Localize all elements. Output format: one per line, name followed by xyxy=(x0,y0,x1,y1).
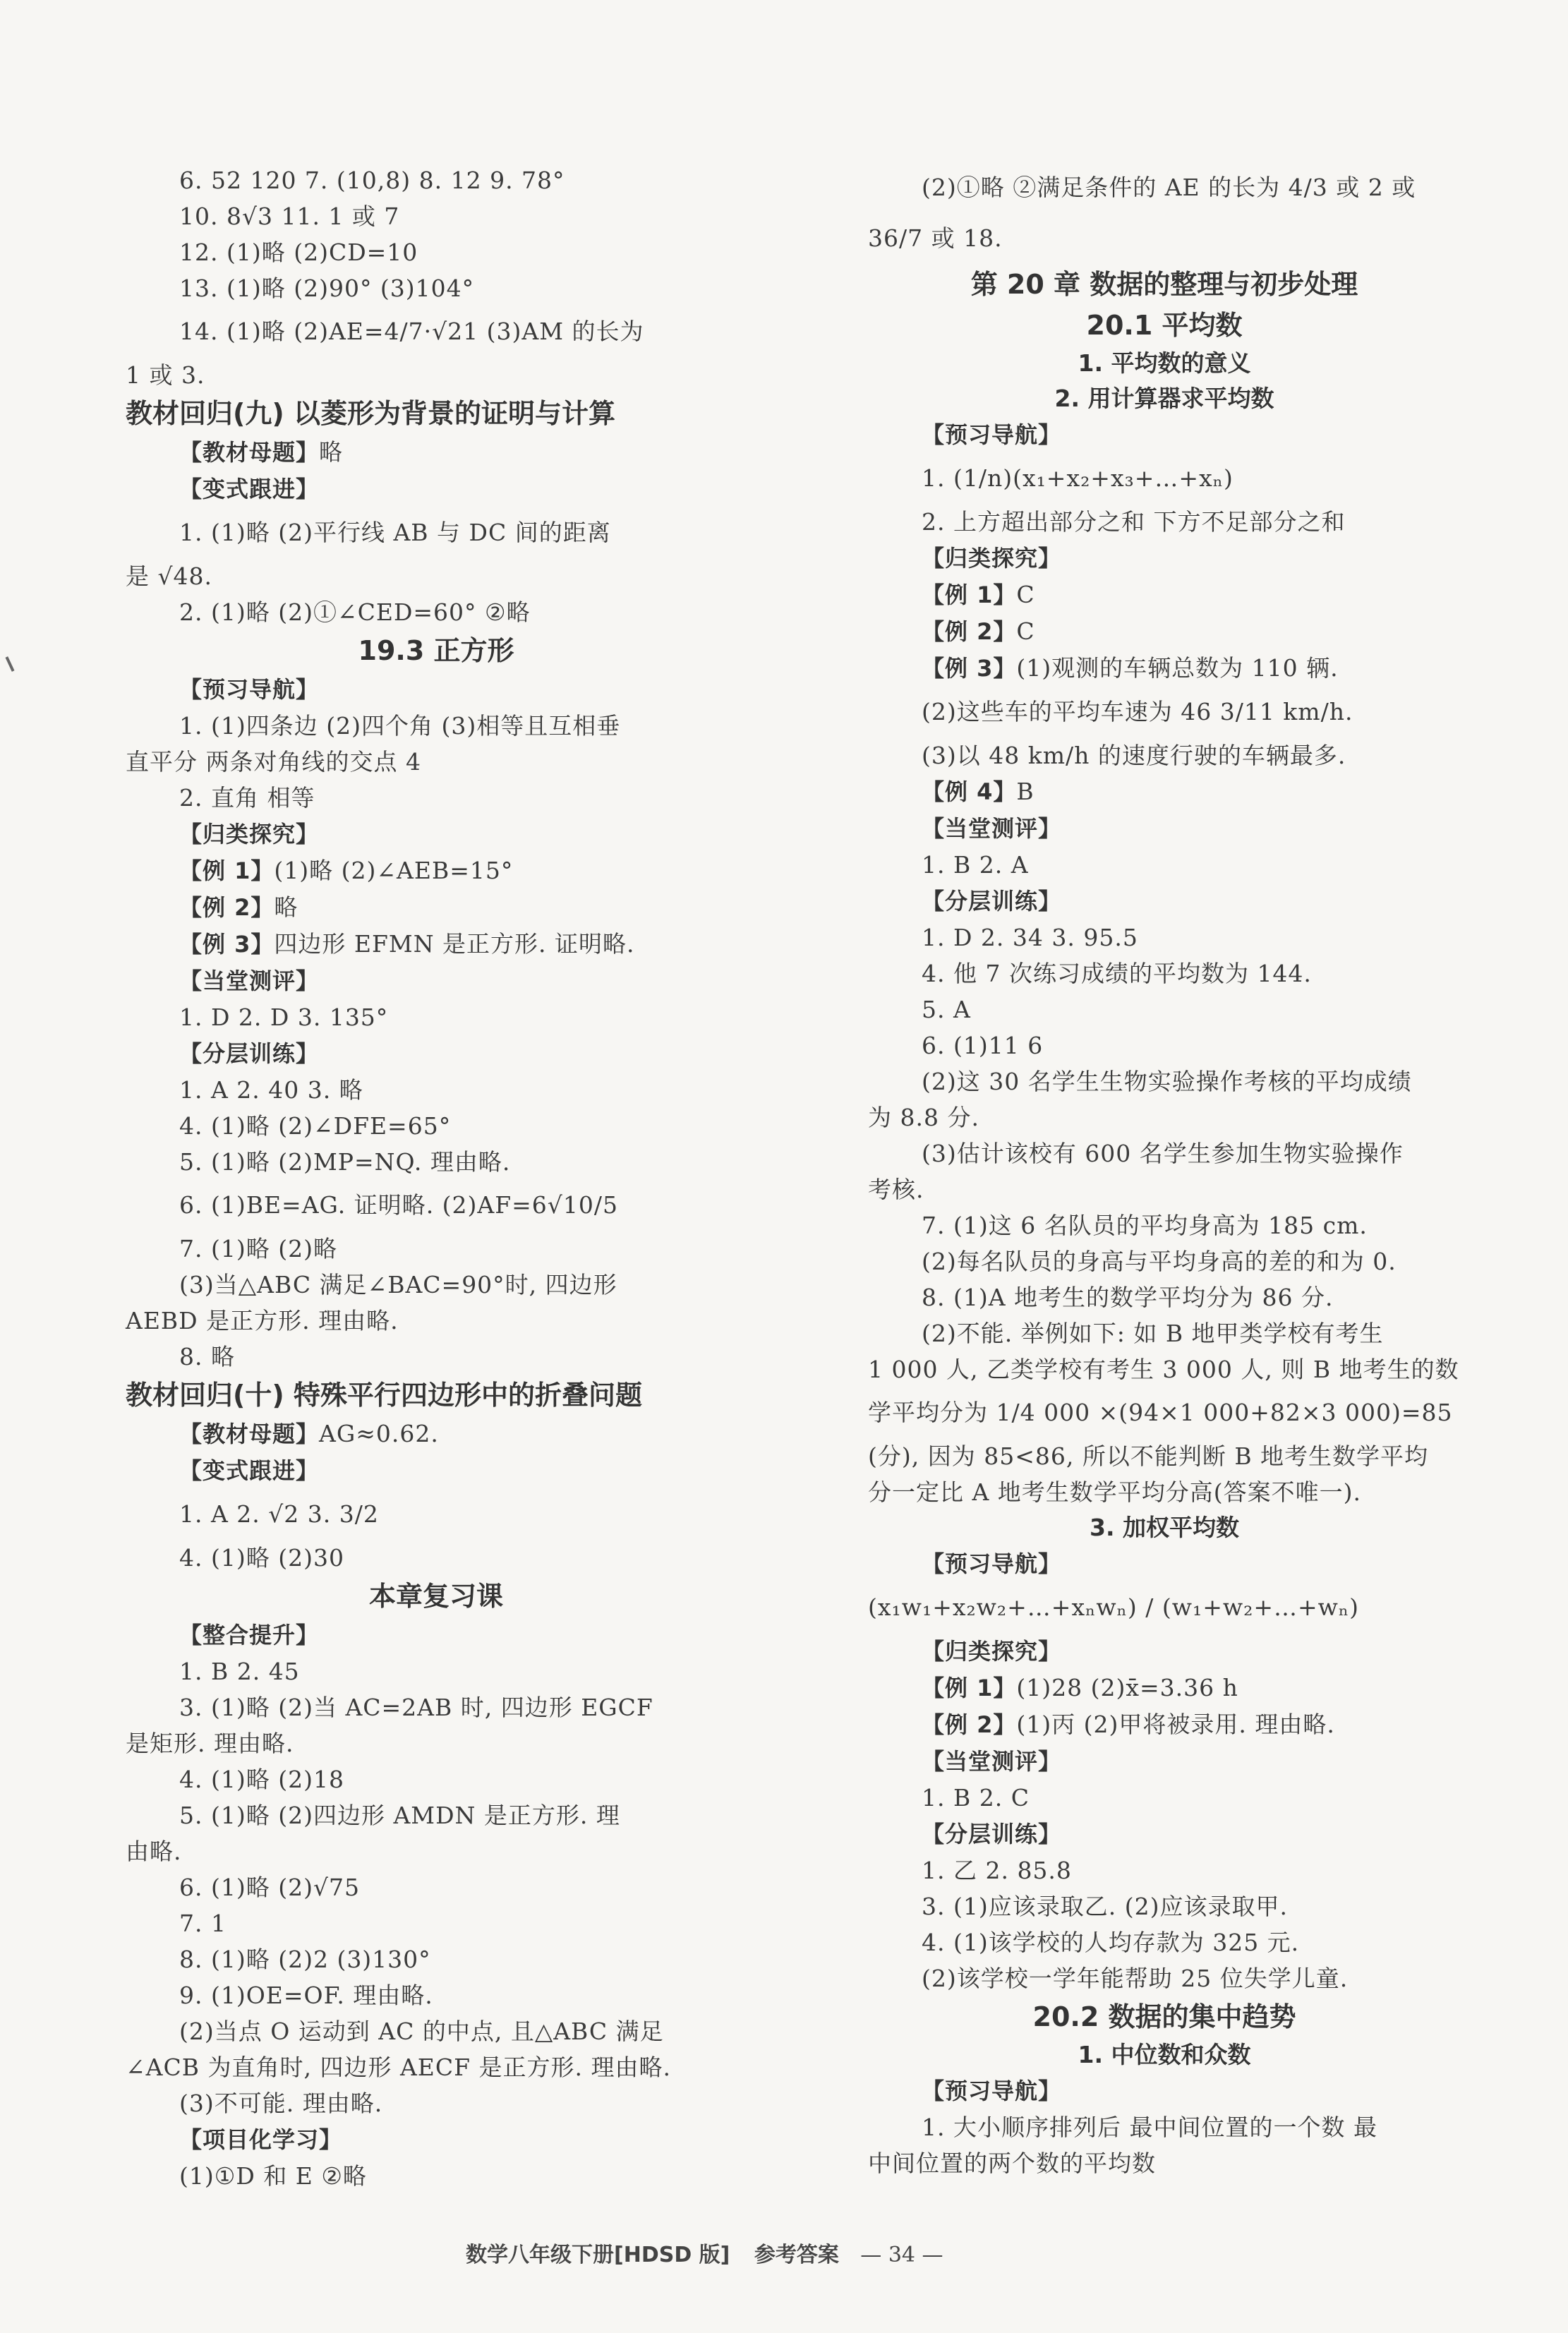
answer-text: (1)观测的车辆总数为 110 辆. xyxy=(1016,654,1338,682)
answer-line: ∠ACB 为直角时, 四边形 AECF 是正方形. 理由略. xyxy=(126,2049,747,2085)
section-label: 【例 2】 xyxy=(922,618,1016,645)
answer-text: C xyxy=(1016,617,1035,645)
section-label: 【整合提升】 xyxy=(179,1622,319,1648)
labeled-answer: 【分层训练】 xyxy=(868,1816,1461,1852)
section-label: 【例 1】 xyxy=(922,581,1016,608)
answer-line: (3)以 48 km/h 的速度行驶的车辆最多. xyxy=(868,737,1461,773)
answer-line: 12. (1)略 (2)CD=10 xyxy=(126,234,747,270)
left-column: 6. 52 120 7. (10,8) 8. 12 9. 78°10. 8√3 … xyxy=(126,162,747,2194)
answer-line: 1. B 2. 45 xyxy=(126,1653,747,1689)
chapter-title: 第 20 章 数据的整理与初步处理 xyxy=(868,264,1461,305)
subsection-title: 1. 平均数的意义 xyxy=(868,346,1461,381)
answer-line: (分), 因为 85<86, 所以不能判断 B 地考生数学平均 xyxy=(868,1438,1461,1474)
answer-line: 14. (1)略 (2)AE=4/7·√21 (3)AM 的长为 xyxy=(126,306,747,357)
review-heading: 教材回归(九) 以菱形为背景的证明与计算 xyxy=(126,393,747,434)
labeled-answer: 【分层训练】 xyxy=(126,1035,747,1072)
labeled-answer: 【归类探究】 xyxy=(868,1633,1461,1670)
labeled-answer: 【预习导航】 xyxy=(126,671,747,708)
answer-line: (2)当点 O 运动到 AC 的中点, 且△ABC 满足 xyxy=(126,2013,747,2049)
answer-line: (2)①略 ②满足条件的 AE 的长为 4/3 或 2 或 xyxy=(868,162,1461,213)
answer-line: 1. B 2. A xyxy=(868,847,1461,883)
answer-line: 6. 52 120 7. (10,8) 8. 12 9. 78° xyxy=(126,162,747,198)
answer-line: 1. (1)略 (2)平行线 AB 与 DC 间的距离 xyxy=(126,507,747,558)
labeled-answer: 【例 1】C xyxy=(868,577,1461,613)
answer-line: 8. (1)A 地考生的数学平均分为 86 分. xyxy=(868,1279,1461,1315)
answer-line: 1. B 2. C xyxy=(868,1780,1461,1816)
answer-line: 中间位置的两个数的平均数 xyxy=(868,2145,1461,2181)
answer-text: (1)略 (2)∠AEB=15° xyxy=(274,857,513,884)
answer-line: 4. 他 7 次练习成绩的平均数为 144. xyxy=(868,955,1461,991)
footer-section: 参考答案 xyxy=(754,2243,839,2267)
section-label: 【教材母题】 xyxy=(179,1421,319,1447)
review-heading: 教材回归(十) 特殊平行四边形中的折叠问题 xyxy=(126,1375,747,1416)
section-label: 【预习导航】 xyxy=(922,2078,1061,2104)
answer-line: 6. (1)BE=AG. 证明略. (2)AF=6√10/5 xyxy=(126,1180,747,1231)
answer-line: 5. A xyxy=(868,991,1461,1027)
labeled-answer: 【例 2】略 xyxy=(126,889,747,926)
answer-line: 1. A 2. √2 3. 3/2 xyxy=(126,1489,747,1540)
labeled-answer: 【例 1】(1)28 (2)x̄=3.36 h xyxy=(868,1670,1461,1706)
section-label: 【归类探究】 xyxy=(922,545,1061,572)
answer-line: 学平均分为 1/4 000 ×(94×1 000+82×3 000)=85 xyxy=(868,1387,1461,1438)
labeled-answer: 【例 1】(1)略 (2)∠AEB=15° xyxy=(126,852,747,889)
answer-text: B xyxy=(1016,778,1034,805)
answer-text: (1)28 (2)x̄=3.36 h xyxy=(1016,1674,1238,1701)
answer-line: (2)这 30 名学生生物实验操作考核的平均成绩 xyxy=(868,1063,1461,1099)
answer-line: 5. (1)略 (2)四边形 AMDN 是正方形. 理 xyxy=(126,1797,747,1833)
labeled-answer: 【预习导航】 xyxy=(868,1545,1461,1582)
labeled-answer: 【教材母题】略 xyxy=(126,434,747,471)
answer-line: 1. 乙 2. 85.8 xyxy=(868,1852,1461,1888)
answer-line: 2. 上方超出部分之和 下方不足部分之和 xyxy=(868,504,1461,540)
section-label: 【例 1】 xyxy=(922,1675,1016,1701)
labeled-answer: 【例 2】C xyxy=(868,613,1461,650)
answer-line: 10. 8√3 11. 1 或 7 xyxy=(126,198,747,234)
subsection-title: 1. 中位数和众数 xyxy=(868,2037,1461,2073)
section-label: 【例 1】 xyxy=(179,857,274,884)
answer-line: 是 √48. xyxy=(126,558,747,594)
labeled-answer: 【例 3】(1)观测的车辆总数为 110 辆. xyxy=(868,650,1461,687)
answer-line: 2. 直角 相等 xyxy=(126,780,747,816)
answer-line: (1)①D 和 E ②略 xyxy=(126,2158,747,2194)
section-label: 【例 2】 xyxy=(922,1711,1016,1738)
section-label: 【预习导航】 xyxy=(922,421,1061,448)
answer-line: 6. (1)11 6 xyxy=(868,1027,1461,1063)
answer-line: (2)不能. 举例如下: 如 B 地甲类学校有考生 xyxy=(868,1315,1461,1351)
answer-line: 36/7 或 18. xyxy=(868,213,1461,264)
labeled-answer: 【变式跟进】 xyxy=(126,1452,747,1489)
section-label: 【归类探究】 xyxy=(922,1638,1061,1665)
section-label: 【分层训练】 xyxy=(922,888,1061,915)
labeled-answer: 【预习导航】 xyxy=(868,2073,1461,2109)
labeled-answer: 【整合提升】 xyxy=(126,1617,747,1653)
answer-line: (3)不可能. 理由略. xyxy=(126,2085,747,2121)
answer-text: 略 xyxy=(319,438,343,466)
section-label: 【分层训练】 xyxy=(179,1040,319,1067)
subsection-title: 3. 加权平均数 xyxy=(868,1510,1461,1545)
answer-text: AG≈0.62. xyxy=(319,1420,439,1447)
answer-text: C xyxy=(1016,581,1035,608)
answer-line: 4. (1)该学校的人均存款为 325 元. xyxy=(868,1924,1461,1960)
section-label: 【变式跟进】 xyxy=(179,476,319,502)
section-label: 【例 2】 xyxy=(179,894,274,921)
answer-line: 1. (1/n)(x₁+x₂+x₃+…+xₙ) xyxy=(868,453,1461,504)
footer-book-title: 数学八年级下册[HDSD 版] xyxy=(466,2243,730,2267)
answer-line: 8. (1)略 (2)2 (3)130° xyxy=(126,1941,747,1977)
answer-line: 4. (1)略 (2)18 xyxy=(126,1761,747,1797)
section-label: 【变式跟进】 xyxy=(179,1457,319,1484)
answer-line: 6. (1)略 (2)√75 xyxy=(126,1869,747,1905)
answer-line: 4. (1)略 (2)∠DFE=65° xyxy=(126,1108,747,1144)
labeled-answer: 【例 4】B xyxy=(868,773,1461,810)
section-label: 【例 3】 xyxy=(922,655,1016,682)
labeled-answer: 【项目化学习】 xyxy=(126,2121,747,2158)
section-label: 【分层训练】 xyxy=(922,1821,1061,1847)
answer-line: (x₁w₁+x₂w₂+…+xₙwₙ) / (w₁+w₂+…+wₙ) xyxy=(868,1582,1461,1633)
answer-line: 1. D 2. D 3. 135° xyxy=(126,999,747,1035)
labeled-answer: 【当堂测评】 xyxy=(868,1743,1461,1780)
labeled-answer: 【当堂测评】 xyxy=(126,963,747,999)
answer-line: 1 000 人, 乙类学校有考生 3 000 人, 则 B 地考生的数 xyxy=(868,1351,1461,1387)
labeled-answer: 【例 2】(1)丙 (2)甲将被录用. 理由略. xyxy=(868,1706,1461,1743)
section-label: 【预习导航】 xyxy=(922,1550,1061,1577)
answer-line: 1. A 2. 40 3. 略 xyxy=(126,1072,747,1108)
section-label: 【预习导航】 xyxy=(179,676,319,703)
answer-key-page: 6. 52 120 7. (10,8) 8. 12 9. 78°10. 8√3 … xyxy=(0,0,1568,2333)
section-label: 【项目化学习】 xyxy=(179,2126,342,2153)
section-label: 【归类探究】 xyxy=(179,821,319,848)
answer-text: 略 xyxy=(274,893,298,921)
answer-line: AEBD 是正方形. 理由略. xyxy=(126,1303,747,1339)
section-label: 【当堂测评】 xyxy=(922,1748,1061,1775)
section-label: 【当堂测评】 xyxy=(922,815,1061,842)
labeled-answer: 【变式跟进】 xyxy=(126,471,747,507)
labeled-answer: 【当堂测评】 xyxy=(868,810,1461,847)
section-title: 本章复习课 xyxy=(126,1576,747,1617)
labeled-answer: 【预习导航】 xyxy=(868,416,1461,453)
answer-line: 9. (1)OE=OF. 理由略. xyxy=(126,1977,747,2013)
answer-line: 2. (1)略 (2)①∠CED=60° ②略 xyxy=(126,594,747,630)
answer-line: 是矩形. 理由略. xyxy=(126,1725,747,1761)
answer-line: 为 8.8 分. xyxy=(868,1099,1461,1135)
section-label: 【例 4】 xyxy=(922,778,1016,805)
answer-line: 8. 略 xyxy=(126,1339,747,1375)
labeled-answer: 【分层训练】 xyxy=(868,883,1461,920)
answer-line: (2)每名队员的身高与平均身高的差的和为 0. xyxy=(868,1243,1461,1279)
answer-line: (3)估计该校有 600 名学生参加生物实验操作 xyxy=(868,1135,1461,1171)
answer-line: 7. 1 xyxy=(126,1905,747,1941)
answer-line: (3)当△ABC 满足∠BAC=90°时, 四边形 xyxy=(126,1267,747,1303)
section-title: 20.1 平均数 xyxy=(868,305,1461,346)
answer-line: (2)这些车的平均车速为 46 3/11 km/h. xyxy=(868,687,1461,737)
labeled-answer: 【教材母题】AG≈0.62. xyxy=(126,1416,747,1452)
answer-line: 13. (1)略 (2)90° (3)104° xyxy=(126,270,747,306)
answer-line: 1. 大小顺序排列后 最中间位置的一个数 最 xyxy=(868,2109,1461,2145)
answer-line: 3. (1)应该录取乙. (2)应该录取甲. xyxy=(868,1888,1461,1924)
answer-line: 7. (1)这 6 名队员的平均身高为 185 cm. xyxy=(868,1207,1461,1243)
answer-text: (1)丙 (2)甲将被录用. 理由略. xyxy=(1016,1711,1334,1738)
right-column: (2)①略 ②满足条件的 AE 的长为 4/3 或 2 或36/7 或 18.第… xyxy=(868,162,1461,2181)
labeled-answer: 【例 3】四边形 EFMN 是正方形. 证明略. xyxy=(126,926,747,963)
section-title: 20.2 数据的集中趋势 xyxy=(868,1996,1461,2037)
answer-line: 分一定比 A 地考生数学平均分高(答案不唯一). xyxy=(868,1474,1461,1510)
section-label: 【例 3】 xyxy=(179,931,274,958)
page-number: — 34 — xyxy=(860,2243,943,2267)
answer-line: 5. (1)略 (2)MP=NQ. 理由略. xyxy=(126,1144,747,1180)
answer-line: (2)该学校一学年能帮助 25 位失学儿童. xyxy=(868,1960,1461,1996)
section-label: 【当堂测评】 xyxy=(179,967,319,994)
section-title: 19.3 正方形 xyxy=(126,630,747,671)
labeled-answer: 【归类探究】 xyxy=(868,540,1461,577)
answer-line: 直平分 两条对角线的交点 4 xyxy=(126,744,747,780)
answer-line: 4. (1)略 (2)30 xyxy=(126,1540,747,1576)
answer-line: 1. D 2. 34 3. 95.5 xyxy=(868,920,1461,955)
answer-line: 3. (1)略 (2)当 AC=2AB 时, 四边形 EGCF xyxy=(126,1689,747,1725)
section-label: 【教材母题】 xyxy=(179,439,319,466)
answer-line: 7. (1)略 (2)略 xyxy=(126,1231,747,1267)
scan-mark xyxy=(6,656,15,672)
answer-line: 考核. xyxy=(868,1171,1461,1207)
labeled-answer: 【归类探究】 xyxy=(126,816,747,852)
page-footer: 数学八年级下册[HDSD 版] 参考答案 — 34 — xyxy=(466,2237,943,2268)
answer-line: 1 或 3. xyxy=(126,357,747,393)
answer-line: 1. (1)四条边 (2)四个角 (3)相等且互相垂 xyxy=(126,708,747,744)
subsection-title: 2. 用计算器求平均数 xyxy=(868,381,1461,416)
answer-line: 由略. xyxy=(126,1833,747,1869)
answer-text: 四边形 EFMN 是正方形. 证明略. xyxy=(274,930,634,958)
